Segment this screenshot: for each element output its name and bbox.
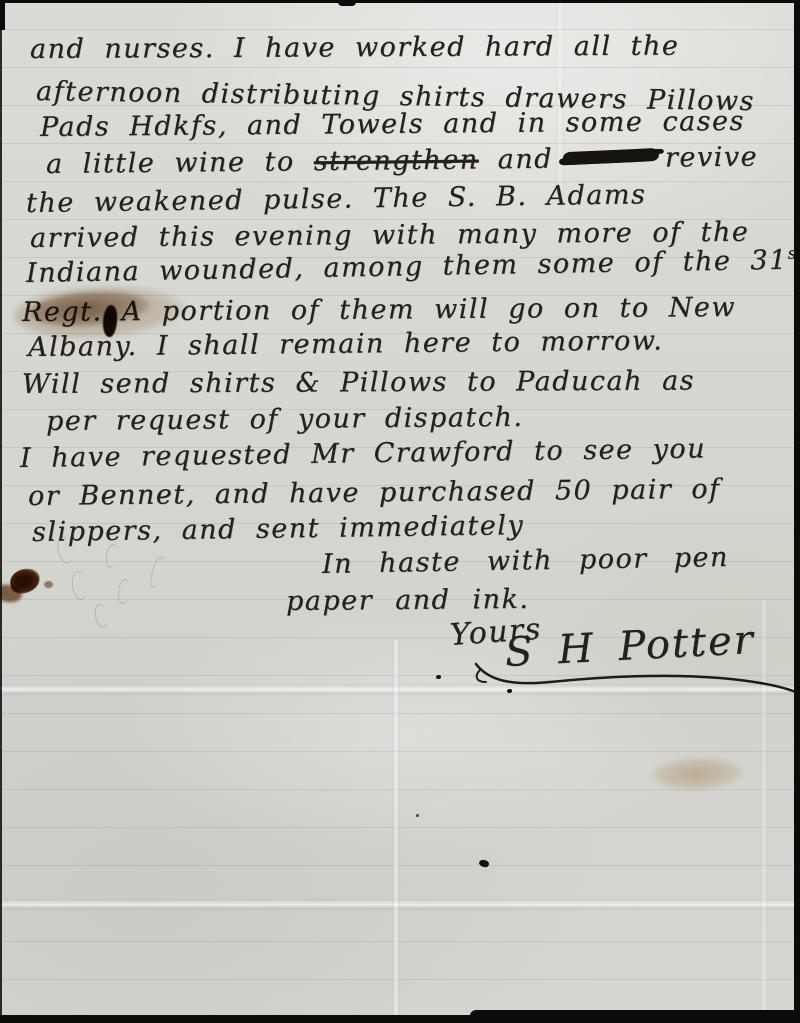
ink-speck [436, 675, 441, 679]
letter-line-8: Regt. A portion of them will go on to Ne… [22, 292, 736, 328]
scan-edge-bottom-right [470, 1010, 800, 1023]
horizontal-fold-crease [0, 899, 800, 911]
scan-edge-artifact [0, 0, 5, 30]
closing-line-2: paper and ink. [286, 584, 530, 617]
letter-line-3: Pads Hdkfs, and Towels and in some cases [40, 106, 745, 143]
line-4-text: revive [665, 142, 758, 174]
scan-edge-left [0, 0, 2, 1023]
letter-line-9: Albany. I shall remain here to morrow. [28, 325, 664, 363]
letter-line-11: per request of your dispatch. [46, 402, 524, 437]
letter-line-1: and nurses. I have worked hard all the [30, 31, 680, 65]
scan-edge-artifact [338, 0, 356, 6]
letter-scan-page: and nurses. I have worked hard all the a… [0, 0, 800, 1023]
line-4-text: and [498, 144, 554, 176]
struck-word: strengthen [314, 144, 479, 177]
signature-flourish [470, 648, 800, 698]
scan-edge-right [794, 0, 800, 1023]
scan-edge-top [0, 0, 800, 3]
ink-speck [416, 814, 419, 817]
line-4-text: a little wine to [46, 146, 295, 180]
vertical-crease [392, 640, 400, 1020]
ink-speck [507, 689, 512, 693]
letter-line-10: Will send shirts & Pillows to Paducah as [22, 365, 695, 400]
scratched-out-word [563, 148, 659, 165]
